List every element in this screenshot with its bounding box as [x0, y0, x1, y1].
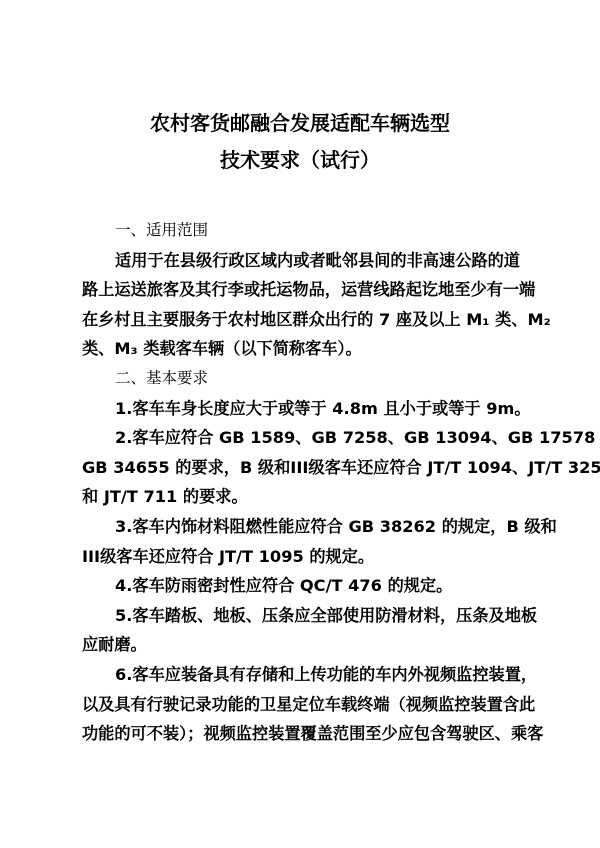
paragraph-line: 在乡村且主要服务于农村地区群众出行的 7 座及以上 M₁ 类、M₂ — [82, 305, 520, 335]
paragraph-line: 4.客车防雨密封性应符合 QC/T 476 的规定。 — [82, 571, 520, 601]
document-title-line-1: 农村客货邮融合发展适配车辆选型 — [0, 111, 600, 135]
paragraph-line: 以及具有行驶记录功能的卫星定位车载终端（视频监控装置含此 — [82, 690, 520, 720]
section-scope-paragraph: 适用于在县级行政区域内或者毗邻县间的非高速公路的道 路上运送旅客及其行李或托运物… — [82, 246, 520, 364]
paragraph-line: 功能的可不装）；视频监控装置覆盖范围至少应包含驾驶区、乘客 — [82, 719, 520, 749]
requirement-item-5: 5.客车踏板、地板、压条应全部使用防滑材料，压条及地板 应耐磨。 — [82, 601, 520, 660]
document-page: 农村客货邮融合发展适配车辆选型 技术要求（试行） 一、适用范围 适用于在县级行政… — [0, 0, 600, 848]
requirement-item-2: 2.客车应符合 GB 1589、GB 7258、GB 13094、GB 1757… — [82, 423, 520, 512]
section-heading-scope: 一、适用范围 — [82, 216, 520, 246]
paragraph-line: 1.客车车身长度应大于或等于 4.8m 且小于或等于 9m。 — [82, 394, 520, 424]
requirement-item-1: 1.客车车身长度应大于或等于 4.8m 且小于或等于 9m。 — [82, 394, 520, 424]
requirement-item-4: 4.客车防雨密封性应符合 QC/T 476 的规定。 — [82, 571, 520, 601]
paragraph-line: 适用于在县级行政区域内或者毗邻县间的非高速公路的道 — [82, 246, 520, 276]
paragraph-line: GB 34655 的要求，B 级和III级客车还应符合 JT/T 1094、JT… — [82, 453, 520, 483]
paragraph-line: 和 JT/T 711 的要求。 — [82, 482, 520, 512]
requirement-item-3: 3.客车内饰材料阻燃性能应符合 GB 38262 的规定，B 级和 III级客车… — [82, 512, 520, 571]
paragraph-line: 2.客车应符合 GB 1589、GB 7258、GB 13094、GB 1757… — [82, 423, 520, 453]
document-title-line-2: 技术要求（试行） — [0, 148, 600, 172]
paragraph-line: 5.客车踏板、地板、压条应全部使用防滑材料，压条及地板 — [82, 601, 520, 631]
paragraph-line: III级客车还应符合 JT/T 1095 的规定。 — [82, 542, 520, 572]
section-heading-basic-requirements: 二、基本要求 — [82, 364, 520, 394]
paragraph-line: 6.客车应装备具有存储和上传功能的车内外视频监控装置， — [82, 660, 520, 690]
paragraph-line: 路上运送旅客及其行李或托运物品，运营线路起讫地至少有一端 — [82, 275, 520, 305]
paragraph-line: 应耐磨。 — [82, 630, 520, 660]
paragraph-line: 3.客车内饰材料阻燃性能应符合 GB 38262 的规定，B 级和 — [82, 512, 520, 542]
paragraph-line: 类、M₃ 类载客车辆（以下简称客车）。 — [82, 334, 520, 364]
requirement-item-6: 6.客车应装备具有存储和上传功能的车内外视频监控装置， 以及具有行驶记录功能的卫… — [82, 660, 520, 749]
document-body: 一、适用范围 适用于在县级行政区域内或者毗邻县间的非高速公路的道 路上运送旅客及… — [82, 216, 520, 749]
